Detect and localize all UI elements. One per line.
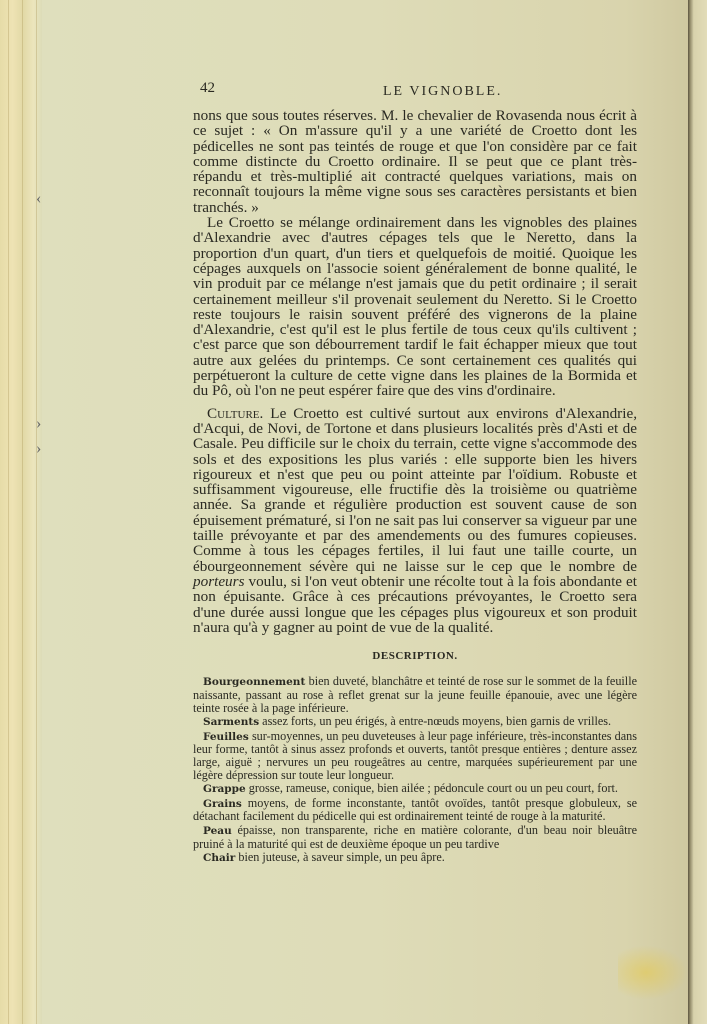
description-item: Grappe grosse, rameuse, conique, bien ai… xyxy=(193,782,637,796)
description-text: assez forts, un peu érigés, à entre-nœud… xyxy=(259,714,611,728)
description-text: grosse, rameuse, conique, bien ailée ; p… xyxy=(246,781,618,795)
description-item: Bourgeonnement bien duveté, blanchâtre e… xyxy=(193,675,637,714)
description-term: Bourgeonnement xyxy=(203,676,305,688)
description-term: Grappe xyxy=(203,783,246,795)
description-item: Grains moyens, de forme inconstante, tan… xyxy=(193,797,637,823)
culture-paragraph: Culture. Le Croetto est cultivé surtout … xyxy=(193,406,637,635)
description-term: Peau xyxy=(203,825,232,837)
description-item: Peau épaisse, non transparente, riche en… xyxy=(193,824,637,850)
description-text: sur-moyennes, un peu duveteuses à leur p… xyxy=(193,729,637,782)
paragraph: nons que sous toutes réserves. M. le che… xyxy=(193,108,637,215)
description-term: Sarments xyxy=(203,716,259,728)
description-term: Grains xyxy=(203,798,242,810)
description-text: bien juteuse, à saveur simple, un peu âp… xyxy=(235,850,445,864)
description-term: Chair xyxy=(203,852,235,864)
description-list: Bourgeonnement bien duveté, blanchâtre e… xyxy=(193,675,637,864)
running-title: LE VIGNOBLE. xyxy=(383,84,502,100)
page-header: 42 LE VIGNOBLE. xyxy=(200,80,640,100)
culture-text: voulu, si l'on veut obtenir une récolte … xyxy=(193,573,637,636)
page-gutter xyxy=(0,0,42,1024)
description-item: Sarments assez forts, un peu érigés, à e… xyxy=(193,715,637,729)
page-stain xyxy=(618,945,688,1000)
description-text: moyens, de forme inconstante, tantôt ovo… xyxy=(193,796,637,824)
gutter-fold-line xyxy=(8,0,9,1024)
margin-mark: › xyxy=(36,415,41,433)
page-right-edge xyxy=(688,0,707,1024)
body-text: nons que sous toutes réserves. M. le che… xyxy=(193,108,637,866)
description-item: Feuilles sur-moyennes, un peu duveteuses… xyxy=(193,730,637,781)
section-title: DESCRIPTION. xyxy=(193,649,637,664)
gutter-fold-line xyxy=(22,0,23,1024)
description-term: Feuilles xyxy=(203,731,249,743)
margin-mark: ‹ xyxy=(36,190,41,208)
culture-text: Le Croetto est cultivé surtout aux envir… xyxy=(193,405,637,575)
gutter-fold-line xyxy=(36,0,37,1024)
description-text: épaisse, non transparente, riche en mati… xyxy=(193,823,637,851)
page-number: 42 xyxy=(200,80,215,97)
margin-mark: › xyxy=(36,440,41,458)
paragraph: Le Croetto se mélange ordinairement dans… xyxy=(193,215,637,399)
description-item: Chair bien juteuse, à saveur simple, un … xyxy=(193,851,637,865)
